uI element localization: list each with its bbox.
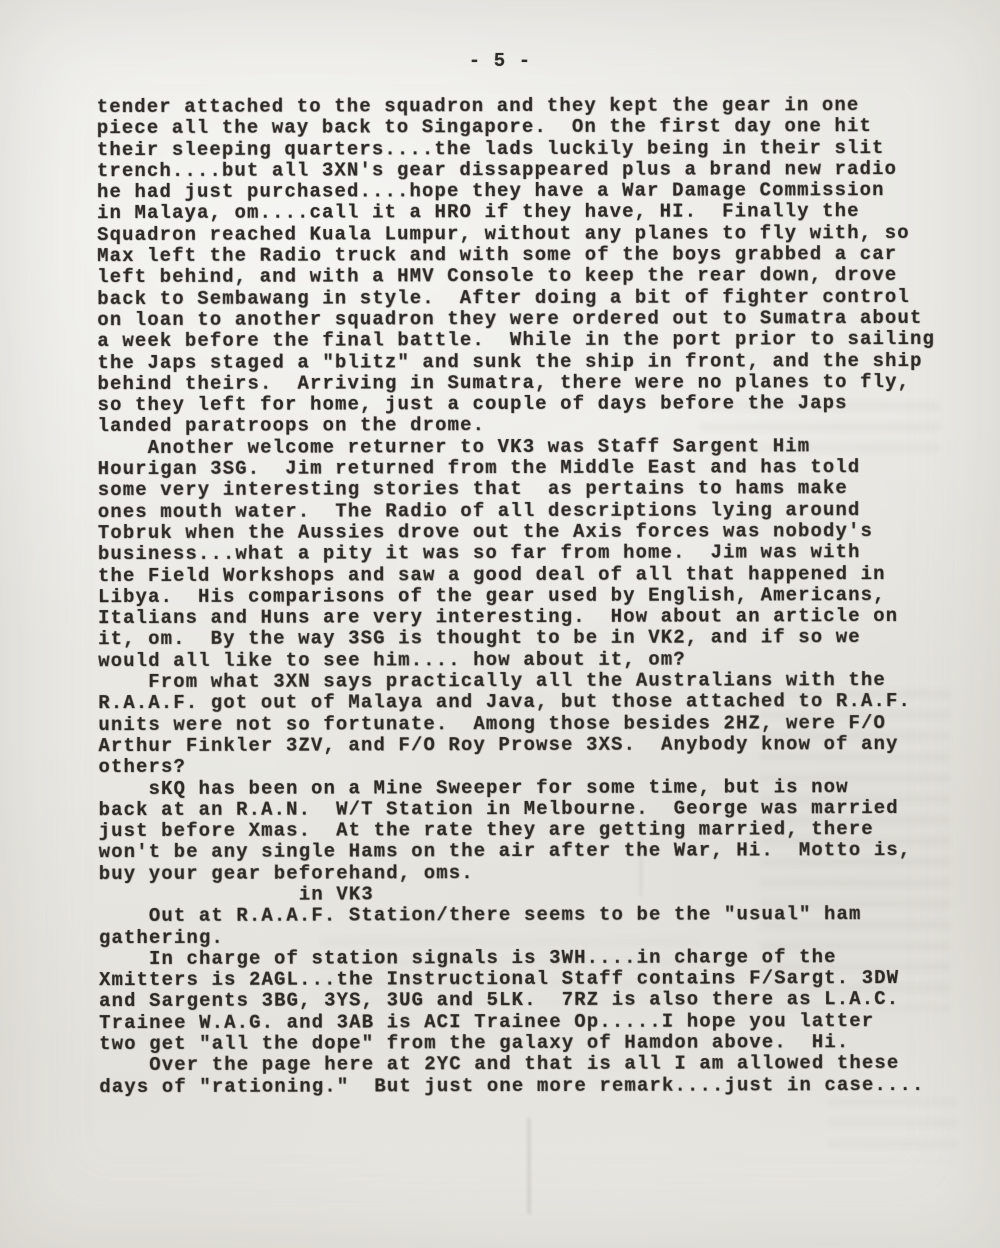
- paragraph-jim-hourigan-3sg: Another welcome returner to VK3 was Staf…: [98, 436, 936, 672]
- page-number: - 5 -: [0, 50, 1000, 72]
- paragraph-closing-rationing: Over the page here at 2YC and that is al…: [99, 1053, 937, 1098]
- bleedthrough-smudge: [320, 938, 700, 1004]
- paper-crease: [640, 836, 642, 896]
- bleedthrough-smudge: [828, 1098, 958, 1162]
- bleedthrough-smudge: [700, 402, 940, 464]
- bleedthrough-smudge: [760, 690, 950, 1010]
- paragraph-malaya-escape-story: tender attached to the squadron and they…: [97, 95, 936, 438]
- scanned-newsletter-page: - 5 - tender attached to the squadron an…: [0, 0, 1000, 1248]
- paper-crease: [528, 1118, 530, 1214]
